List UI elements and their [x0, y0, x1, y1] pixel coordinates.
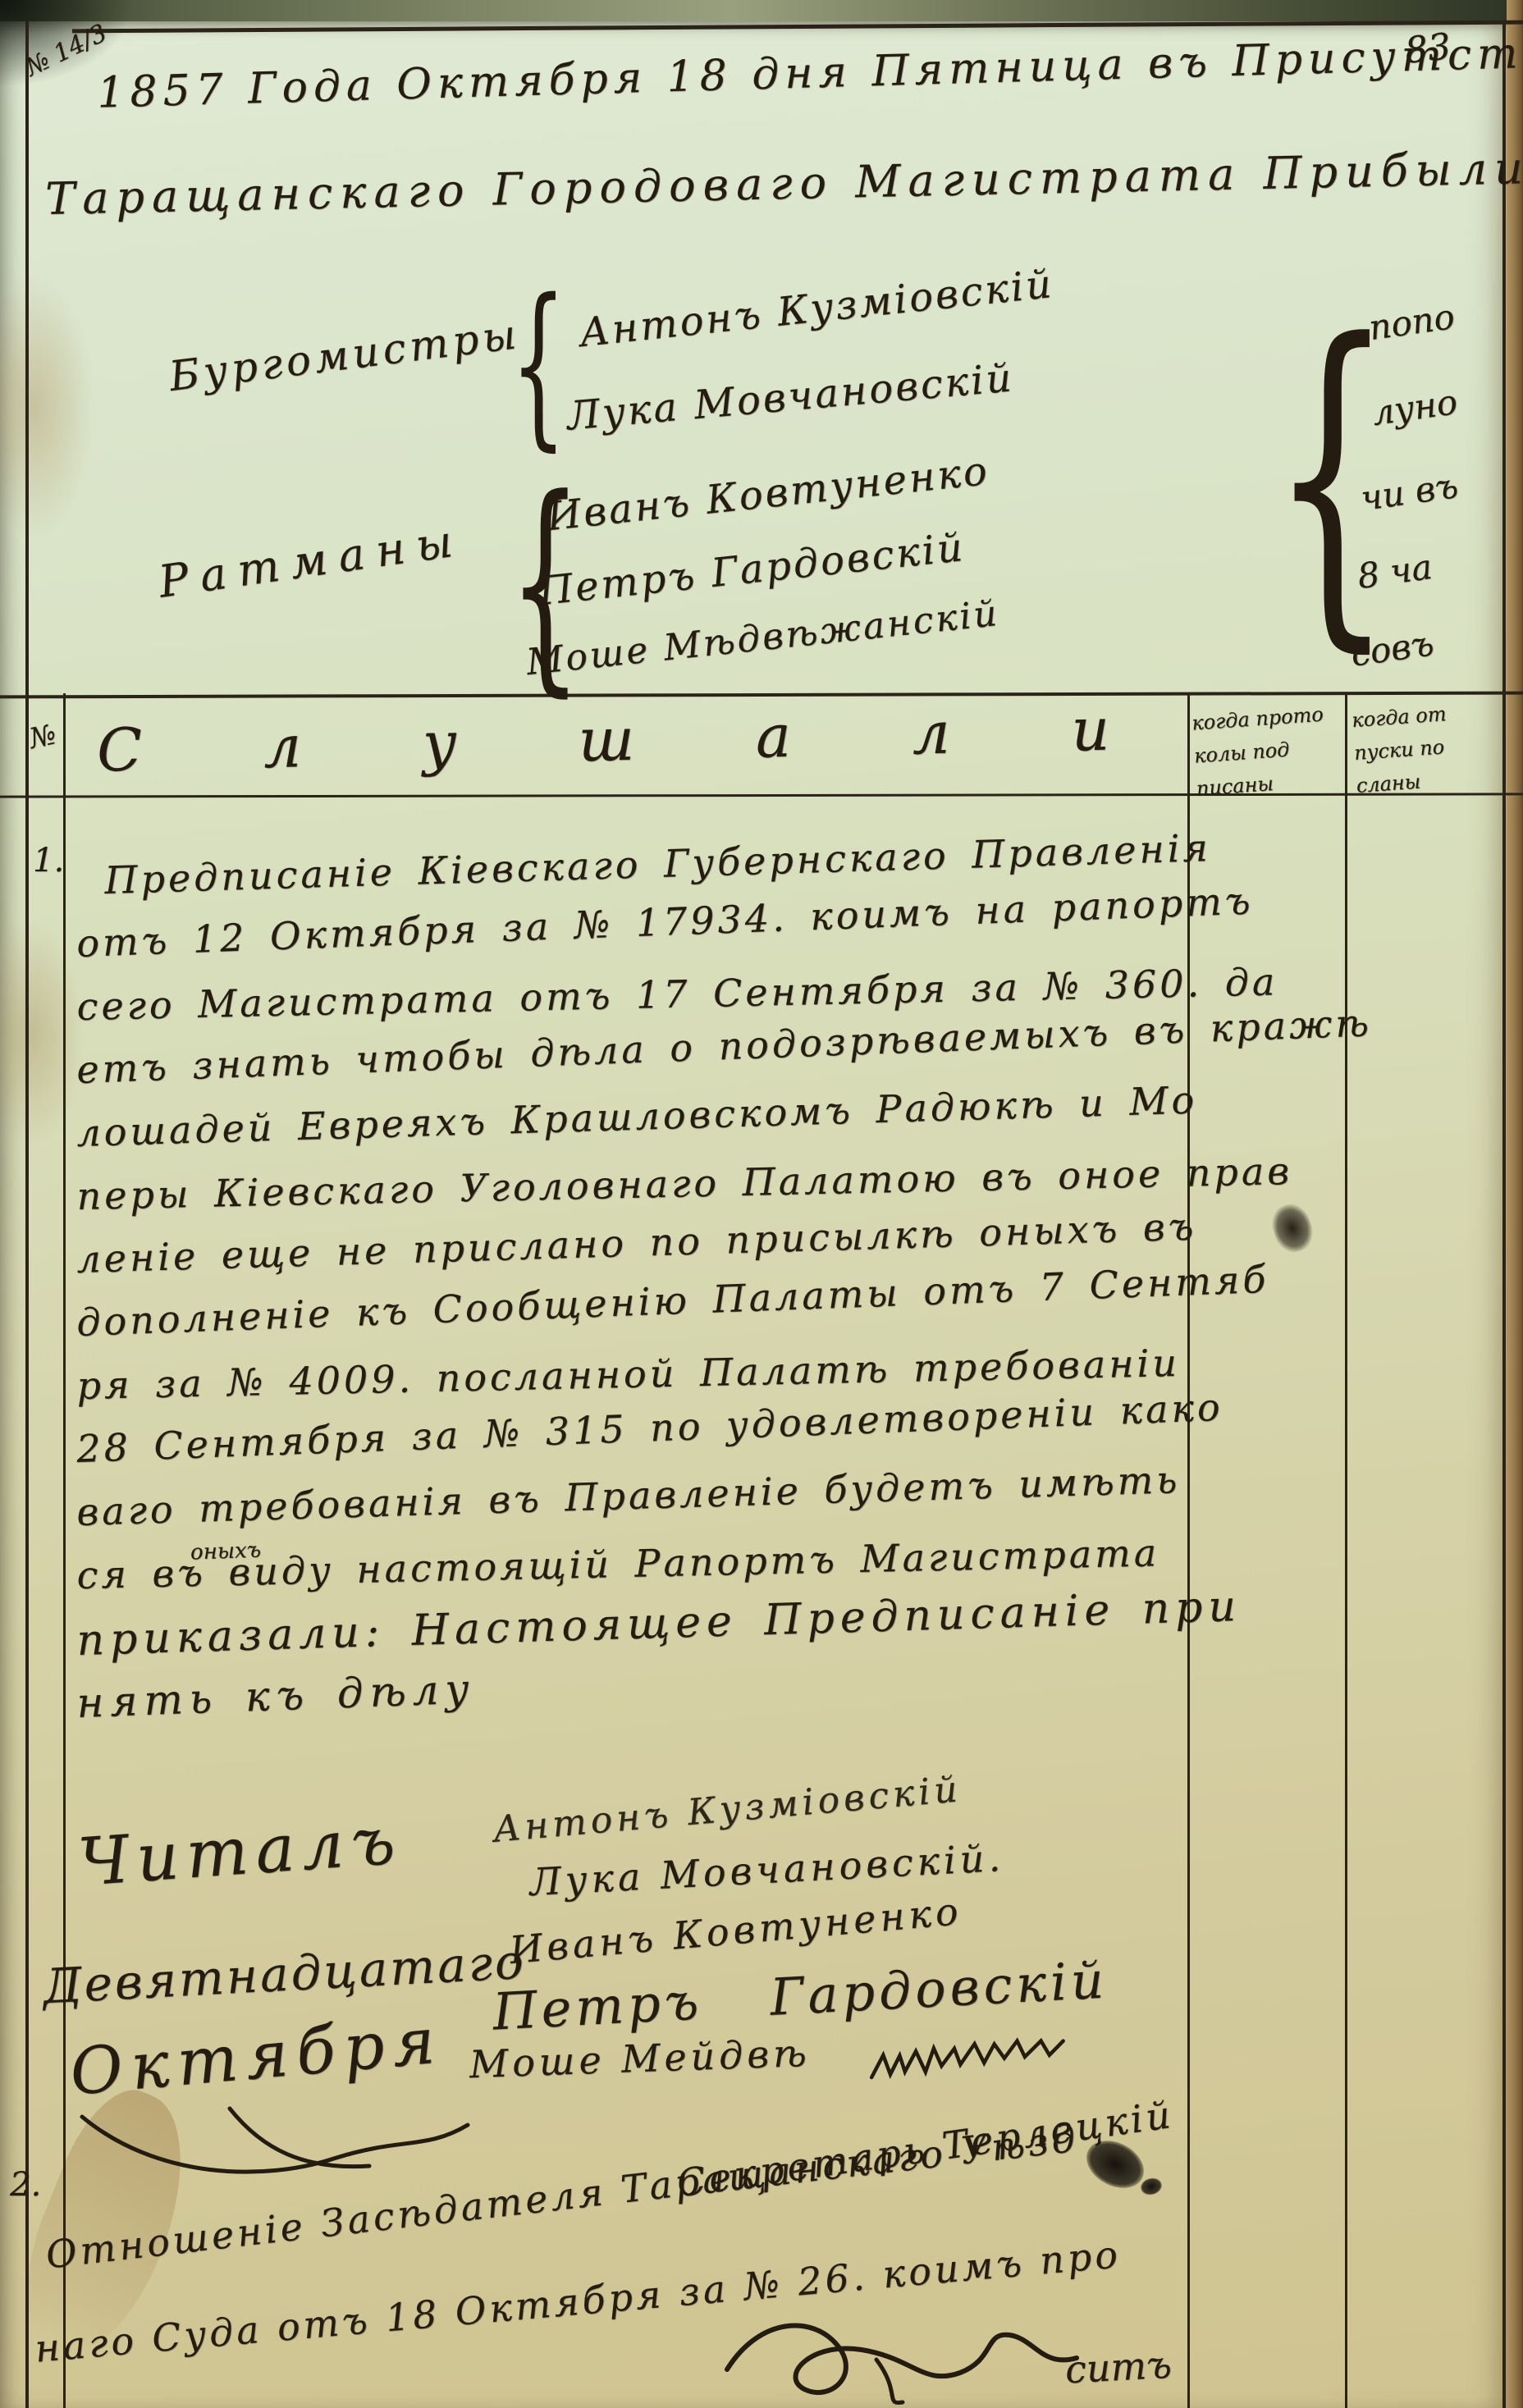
book-page-edge: [1507, 0, 1523, 2408]
column-header-when-signed: когда прото колы под писаны: [1191, 698, 1329, 806]
brace-burgomasters: {: [510, 261, 566, 467]
entry-number: 1.: [33, 842, 64, 880]
entry-1-text: Предписаніе Кіевскаго Губернскаго Правле…: [77, 858, 1226, 1743]
column-header-line: пуски по: [1353, 730, 1450, 770]
manuscript-page: № 14/3 83 1857 Года Октября 18 дня Пятни…: [0, 0, 1523, 2408]
flourish-underline: [57, 2100, 484, 2191]
right-border-line: [1502, 21, 1506, 2408]
left-border-line: [25, 21, 29, 2408]
entry-number: 2.: [10, 2166, 41, 2204]
interlinear-correction: оныхъ: [190, 1538, 262, 1565]
column-header-line: сланы: [1356, 763, 1452, 802]
flourish-signature: [712, 2310, 1098, 2407]
entry-text-line: ситъ: [1064, 2342, 1173, 2392]
column-header-when-sent: когда от пуски по сланы: [1351, 697, 1452, 802]
sent-column-line: [1345, 693, 1347, 2408]
